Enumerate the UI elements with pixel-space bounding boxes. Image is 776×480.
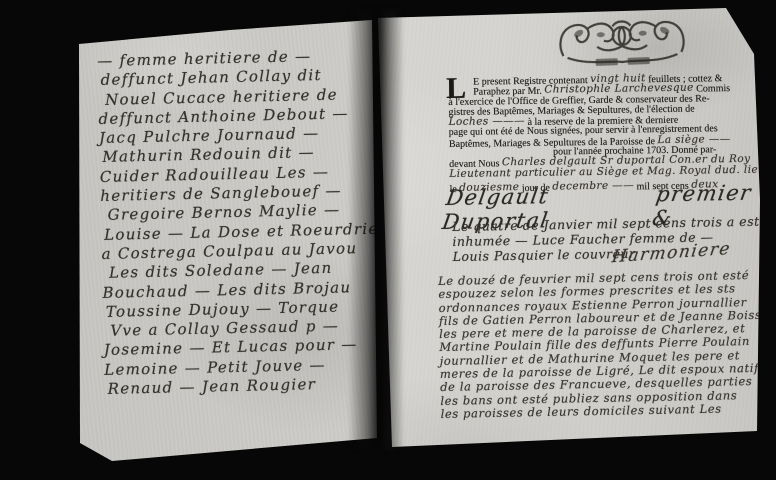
ms-insert-election: Loches ——— — [449, 115, 526, 128]
left-page-handwriting: — femme heritiere de — deffunct Jehan Co… — [97, 46, 377, 399]
book-gutter-shadow — [348, 10, 404, 450]
ink-mark — [51, 139, 58, 152]
printed-notice: L E present Registre contenant vingt hui… — [448, 73, 752, 195]
drop-cap: L — [446, 76, 466, 102]
marriage-entry: Le douzé de feuvrier mil sept cens trois… — [438, 269, 771, 422]
headpiece-ornament — [556, 13, 688, 72]
register-scan: — femme heritiere de — deffunct Jehan Co… — [0, 0, 776, 480]
ms-insert-clerk-name: Christophle Larchevesque — [544, 82, 694, 96]
ms-insert-parish: La siège —— — [657, 133, 730, 146]
